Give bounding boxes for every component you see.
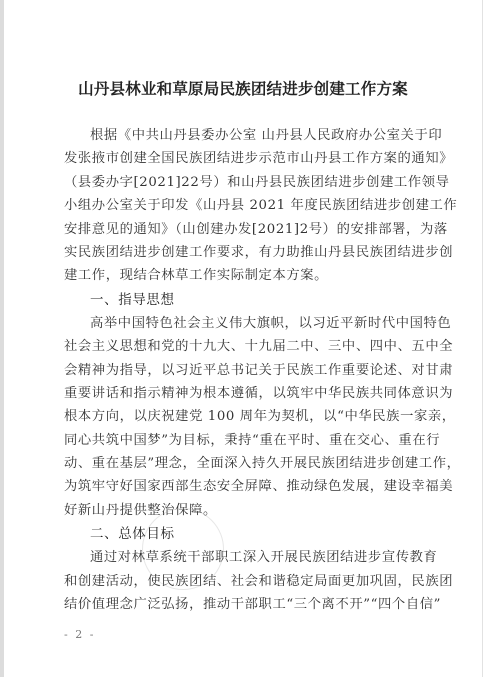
document-page: 山丹县林业和草原局民族团结进步创建工作方案 根据《中共山丹县委办公室 山丹县人民… bbox=[4, 0, 482, 677]
paragraph-line: 小组办公室关于印发《山丹县 2021 年度民族团结进步创建工作 bbox=[64, 194, 416, 217]
section-heading-guiding-ideology: 一、指导思想 bbox=[64, 288, 416, 312]
page-number: - 2 - bbox=[64, 628, 95, 641]
paragraph-line: 社会主义思想和党的十九大、十九届二中、三中、四中、五中全 bbox=[64, 335, 416, 358]
paragraph-line: 根本方向，以庆祝建党 100 周年为契机，以“中华民族一家亲， bbox=[64, 405, 416, 428]
paragraph-line: （县委办字[2021]22号）和山丹县民族团结进步创建工作领导 bbox=[64, 171, 416, 194]
paragraph-line: 建工作，现结合林草工作实际制定本方案。 bbox=[64, 264, 416, 287]
paragraph-line: 安排意见的通知》（山创建办发[2021]2号）的安排部署，为落 bbox=[64, 218, 416, 241]
page-right-edge bbox=[482, 0, 483, 677]
document-title: 山丹县林业和草原局民族团结进步创建工作方案 bbox=[4, 77, 482, 99]
paragraph-line: 实民族团结进步创建工作要求，有力助推山丹县民族团结进步创 bbox=[64, 241, 416, 264]
paragraph-line: 动、重在基层”理念，全面深入持久开展民族团结进步创建工作， bbox=[64, 452, 416, 475]
paragraph-line: 会精神为指导，以习近平总书记关于民族工作重要论述、对甘肃 bbox=[64, 359, 416, 382]
paragraph-line: 结价值理念广泛弘扬，推动干部职工“三个离不开”“四个自信” bbox=[64, 593, 416, 616]
paragraph-line: 重要讲话和指示精神为根本遵循，以筑牢中华民族共同体意识为 bbox=[64, 382, 416, 405]
paragraph-line: 为筑牢守好国家西部生态安全屏障、推动绿色发展，建设幸福美 bbox=[64, 475, 416, 498]
paragraph-line: 同心共筑中国梦”为目标，秉持“重在平时、重在交心、重在行 bbox=[64, 429, 416, 452]
section-heading-overall-goal: 二、总体目标 bbox=[64, 522, 416, 546]
paragraph-line: 根据《中共山丹县委办公室 山丹县人民政府办公室关于印 bbox=[64, 124, 416, 147]
paragraph-line: 好新山丹提供整治保障。 bbox=[64, 499, 416, 522]
paragraph-line: 高举中国特色社会主义伟大旗帜，以习近平新时代中国特色 bbox=[64, 312, 416, 335]
paragraph-line: 和创建活动，使民族团结、社会和谐稳定局面更加巩固，民族团 bbox=[64, 570, 416, 593]
paragraph-line: 发张掖市创建全国民族团结进步示范市山丹县工作方案的通知》 bbox=[64, 147, 416, 170]
paragraph-line: 通过对林草系统干部职工深入开展民族团结进步宣传教育 bbox=[64, 546, 416, 569]
document-body: 根据《中共山丹县委办公室 山丹县人民政府办公室关于印 发张掖市创建全国民族团结进… bbox=[64, 124, 416, 616]
